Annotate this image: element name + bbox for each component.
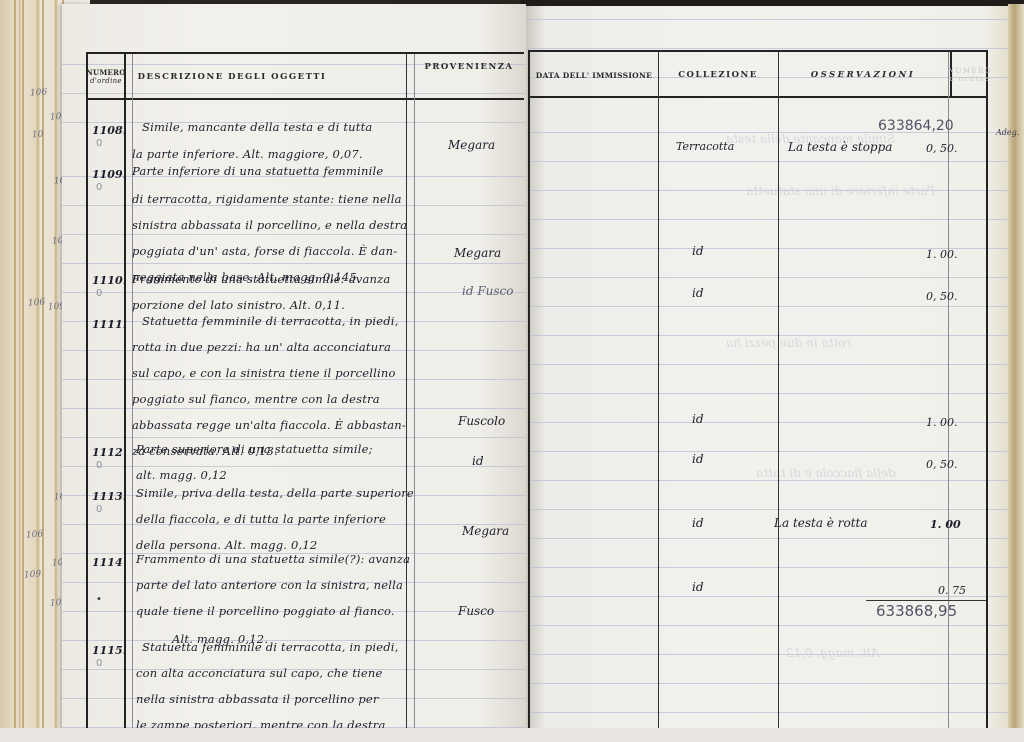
entry-description-line: alt. magg. 0,12 [136,468,227,482]
entry-provenienza: id [472,454,484,468]
margin-pencil-number: 106 [26,529,44,540]
running-total-bottom: 633868,95 [876,602,957,620]
row-osservazioni: La testa è rotta [774,516,868,530]
row-collezione: Terracotta [676,140,734,153]
left-page: NUMERO d'ordine DESCRIZIONE DEGLI OGGETT… [62,4,526,742]
entry-description-line: la parte inferiore. Alt. maggiore, 0,07. [132,147,363,161]
entry-provenienza: id Fusco [462,284,514,298]
entry-description-line: Statuetta femminile di terracotta, in pi… [142,640,399,654]
entry-description-line: poggiato sul fianco, mentre con la destr… [132,392,380,406]
header-numero: NUMERO d'ordine [88,54,124,100]
row-collezione: id [692,412,704,426]
entry-description-line: Frammento di una statuetta simile: avanz… [132,272,390,286]
entry-description-line: Statuetta femminile di terracotta, in pi… [142,314,399,328]
entry-number: 1111. [92,318,126,331]
ledger-photo: 106 108 1095 10 1096 109 109 1097 106 10… [0,0,1024,742]
entry-description-line: Simile, priva della testa, della parte s… [136,486,414,500]
entry-description-line: rotta in due pezzi: ha un' alta acconcia… [132,340,391,354]
entry-description-line: Frammento di una statuetta simile(?): av… [136,552,410,566]
header-provenienza: PROVENIENZA [414,54,524,100]
pencil-mark: 0 [96,182,102,193]
entry-provenienza: Fusco [458,604,494,618]
row-value: 0. 75 [938,584,966,597]
row-value: 1. 00. [926,416,958,429]
entry-provenienza: Fuscolo [458,414,505,428]
right-page: Simile mancante della testa Parte inferi… [526,6,1010,728]
row-collezione: id [692,286,704,300]
pencil-mark: 0 [96,138,102,149]
table-surface [0,728,1024,742]
pencil-mark: 0 [96,288,102,299]
entry-number: 1108. [92,124,126,137]
entry-number: 1110. [92,274,126,287]
margin-pencil-number: 106 [30,87,48,98]
entry-description-line: quale tiene il porcellino poggiato al fi… [136,604,395,618]
row-value: 1. 00 [930,518,961,531]
entry-number: 1109. [92,168,126,181]
entry-description-line: Parte inferiore di una statuetta femmini… [132,164,383,178]
entry-description-line: della persona. Alt. magg. 0,12 [136,538,317,552]
entry-description-line: con alta acconciatura sul capo, che tien… [136,666,383,680]
entry-number: 1113. [92,490,126,503]
row-collezione: id [692,580,704,594]
entry-number: 1115. [92,644,126,657]
entry-provenienza: Megara [454,246,501,260]
entry-description-line: nella sinistra abbassata il porcellino p… [136,692,379,706]
row-collezione: id [692,516,704,530]
entry-provenienza: Megara [462,524,509,538]
entry-description-line: poggiata d'un' asta, forse di fiaccola. … [132,244,397,258]
entry-description-line: sul capo, e con la sinistra tiene il por… [132,366,396,380]
row-collezione: id [692,244,704,258]
header-collezione: COLLEZIONE [658,52,778,98]
row-osservazioni: La testa è stoppa [788,140,892,154]
header-numero-ghost: NUMERO d'ordine [952,52,988,98]
pencil-mark: • [96,594,102,605]
entry-description-line: sinistra abbassata il porcellino, e nell… [132,218,407,232]
header-data-immissione: DATA DELL' IMMISSIONE [530,52,658,98]
pencil-mark: 0 [96,460,102,471]
entry-provenienza: Megara [448,138,495,152]
margin-pencil-number: 106 [28,297,46,308]
entry-description-line: porzione del lato sinistro. Alt. 0,11. [132,298,345,312]
margin-pencil-number: 109 [24,569,42,580]
margin-pencil-number: 10 [32,130,44,141]
entry-description-line: Simile, mancante della testa e di tutta [142,120,372,134]
header-descrizione: DESCRIZIONE DEGLI OGGETTI [132,54,332,100]
entry-description-line: Parte superiore di una statuetta simile; [136,442,373,456]
row-value: 0, 50. [926,458,958,471]
row-value: 0, 50. [926,142,958,155]
row-collezione: id [692,452,704,466]
sum-underline [866,600,986,601]
entry-number: 1114 [92,556,123,569]
entry-description-line: di terracotta, rigidamente stante: tiene… [132,192,402,206]
row-value: 0, 50. [926,290,958,303]
right-table: DATA DELL' IMMISSIONE COLLEZIONE OSSERVA… [528,50,988,728]
pencil-mark: 0 [96,658,102,669]
running-total-top: 633864,20 [878,118,954,134]
entry-number: 1112 [92,446,123,459]
entry-description-line: della fiaccola, e di tutta la parte infe… [136,512,386,526]
entry-description-line: abbassata regge un'alta fiaccola. È abba… [132,418,406,432]
right-page-edge [1008,4,1024,742]
pencil-mark: 0 [96,504,102,515]
header-osservazioni: OSSERVAZIONI [778,52,948,98]
entry-description-line: parte del lato anteriore con la sinistra… [136,578,403,592]
margin-note: Adeg. [996,128,1019,137]
row-value: 1. 00. [926,248,958,261]
